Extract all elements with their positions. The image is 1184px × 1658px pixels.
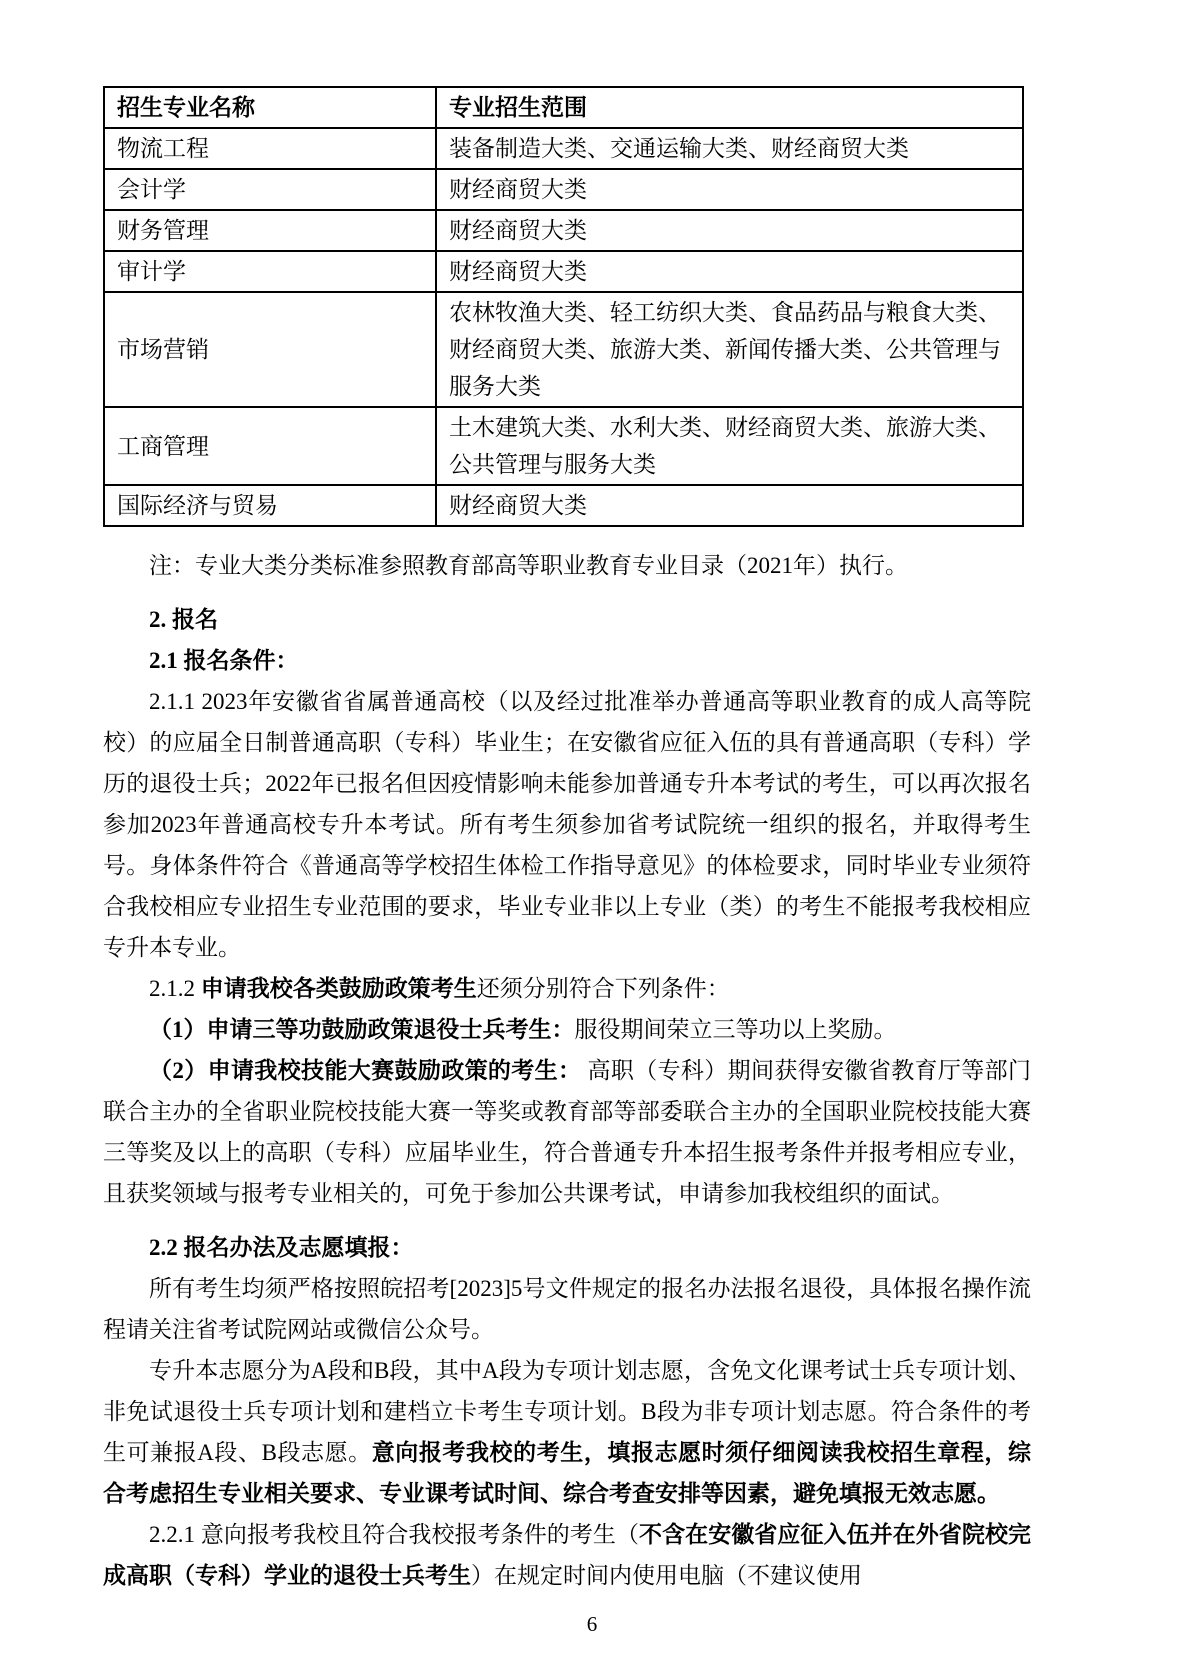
- text-run: （1）申请三等功鼓励政策退役士兵考生：: [149, 1017, 575, 1042]
- major-scope-cell: 农林牧渔大类、轻工纺织大类、食品药品与粮食大类、财经商贸大类、旅游大类、新闻传播…: [436, 292, 1023, 407]
- table-row: 国际经济与贸易财经商贸大类: [104, 485, 1023, 526]
- text-run: 所有考生均须严格按照皖招考[2023]5号文件规定的报名办法报名退役，具体报名操…: [103, 1276, 1031, 1342]
- major-scope-cell: 财经商贸大类: [436, 251, 1023, 292]
- paragraph-2-2-1: 2.2.1 意向报考我校且符合我校报考条件的考生（不含在安徽省应征入伍并在外省院…: [103, 1514, 1031, 1596]
- table-row: 会计学财经商贸大类: [104, 169, 1023, 210]
- document-page: 招生专业名称专业招生范围 物流工程装备制造大类、交通运输大类、财经商贸大类会计学…: [0, 0, 1184, 1658]
- paragraph-2-1-1: 2.1.1 2023年安徽省省属普通高校（以及经过批准举办普通高等职业教育的成人…: [103, 681, 1031, 968]
- table-row: 物流工程装备制造大类、交通运输大类、财经商贸大类: [104, 128, 1023, 169]
- text-run: 2.1.2: [149, 976, 201, 1001]
- paragraph-2-1-2: 2.1.2 申请我校各类鼓励政策考生还须分别符合下列条件：: [103, 968, 1031, 1009]
- major-scope-cell: 装备制造大类、交通运输大类、财经商贸大类: [436, 128, 1023, 169]
- text-run: 2.1.1 2023年安徽省省属普通高校（以及经过批准举办普通高等职业教育的成人…: [103, 689, 1031, 960]
- table-row: 市场营销农林牧渔大类、轻工纺织大类、食品药品与粮食大类、财经商贸大类、旅游大类、…: [104, 292, 1023, 407]
- text-run: 还须分别符合下列条件：: [477, 976, 730, 1001]
- major-name-cell: 工商管理: [104, 407, 436, 485]
- paragraph-policy-2: （2）申请我校技能大赛鼓励政策的考生： 高职（专科）期间获得安徽省教育厅等部门联…: [103, 1050, 1031, 1214]
- text-run: 2.1 报名条件：: [149, 648, 299, 673]
- majors-table: 招生专业名称专业招生范围 物流工程装备制造大类、交通运输大类、财经商贸大类会计学…: [103, 86, 1024, 527]
- paragraph-registration-method: 所有考生均须严格按照皖招考[2023]5号文件规定的报名办法报名退役，具体报名操…: [103, 1268, 1031, 1350]
- text-run: 申请我校各类鼓励政策考生: [201, 976, 477, 1001]
- major-name-cell: 财务管理: [104, 210, 436, 251]
- major-name-cell: 国际经济与贸易: [104, 485, 436, 526]
- major-scope-cell: 财经商贸大类: [436, 210, 1023, 251]
- text-run: 2.2 报名办法及志愿填报：: [149, 1235, 414, 1260]
- major-scope-cell: 财经商贸大类: [436, 485, 1023, 526]
- table-row: 工商管理土木建筑大类、水利大类、财经商贸大类、旅游大类、公共管理与服务大类: [104, 407, 1023, 485]
- table-note: 注：专业大类分类标准参照教育部高等职业教育专业目录（2021年）执行。: [103, 545, 1031, 586]
- majors-table-body: 物流工程装备制造大类、交通运输大类、财经商贸大类会计学财经商贸大类财务管理财经商…: [104, 128, 1023, 526]
- content-blocks: 注：专业大类分类标准参照教育部高等职业教育专业目录（2021年）执行。2. 报名…: [103, 545, 1031, 1596]
- text-run: 2.2.1 意向报考我校且符合我校报考条件的考生（: [149, 1522, 639, 1547]
- text-run: 注：专业大类分类标准参照教育部高等职业教育专业目录（2021年）执行。: [149, 553, 908, 578]
- page-number: 6: [0, 1612, 1184, 1636]
- paragraph-policy-1: （1）申请三等功鼓励政策退役士兵考生：服役期间荣立三等功以上奖励。: [103, 1009, 1031, 1050]
- major-scope-header: 专业招生范围: [436, 87, 1023, 128]
- section-2-1-heading: 2.1 报名条件：: [103, 640, 1031, 681]
- major-name-cell: 物流工程: [104, 128, 436, 169]
- table-header-row: 招生专业名称专业招生范围: [104, 87, 1023, 128]
- major-scope-cell: 土木建筑大类、水利大类、财经商贸大类、旅游大类、公共管理与服务大类: [436, 407, 1023, 485]
- section-2-2-heading: 2.2 报名办法及志愿填报：: [103, 1227, 1031, 1268]
- major-name-cell: 审计学: [104, 251, 436, 292]
- major-name-cell: 会计学: [104, 169, 436, 210]
- text-run: ）在规定时间内使用电脑（不建议使用: [471, 1563, 862, 1588]
- major-name-header: 招生专业名称: [104, 87, 436, 128]
- table-row: 审计学财经商贸大类: [104, 251, 1023, 292]
- major-name-cell: 市场营销: [104, 292, 436, 407]
- text-run: 服役期间荣立三等功以上奖励。: [575, 1017, 897, 1042]
- text-run: （2）申请我校技能大赛鼓励政策的考生：: [149, 1058, 581, 1083]
- table-row: 财务管理财经商贸大类: [104, 210, 1023, 251]
- paragraph-volunteer-sections: 专升本志愿分为A段和B段，其中A段为专项计划志愿，含免文化课考试士兵专项计划、非…: [103, 1350, 1031, 1514]
- text-run: 2. 报名: [149, 607, 218, 632]
- majors-table-header: 招生专业名称专业招生范围: [104, 87, 1023, 128]
- major-scope-cell: 财经商贸大类: [436, 169, 1023, 210]
- section-2-heading: 2. 报名: [103, 599, 1031, 640]
